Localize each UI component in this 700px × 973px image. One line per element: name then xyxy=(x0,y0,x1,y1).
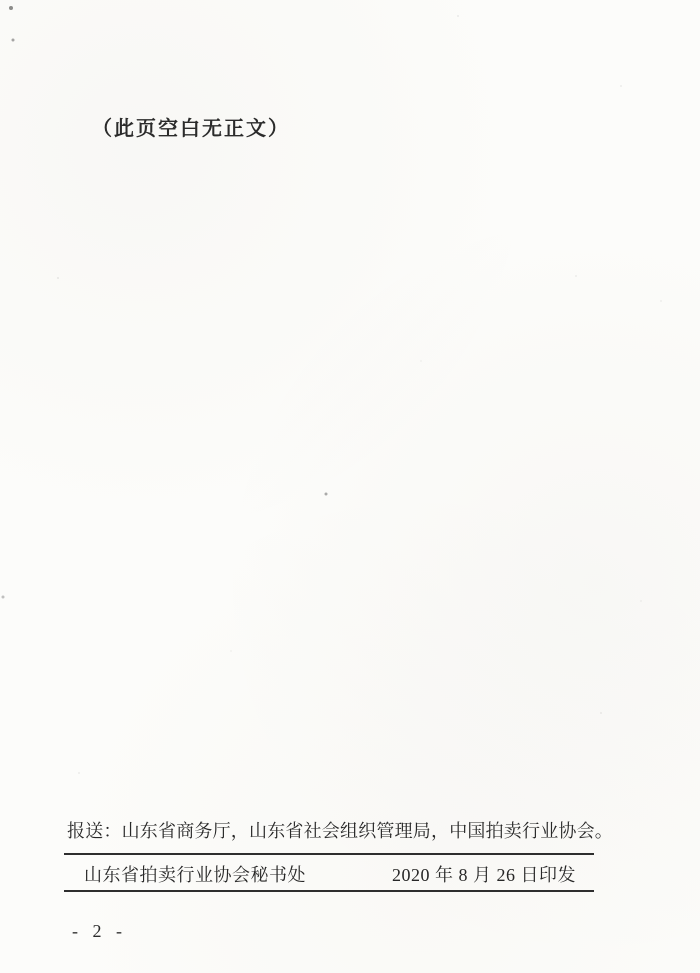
blank-page-notice: （此页空白无正文） xyxy=(92,112,290,141)
scan-speck-artifacts xyxy=(0,0,2,2)
footer-divider-bottom xyxy=(64,890,594,892)
issue-row: 山东省拍卖行业协会秘书处 2020 年 8 月 26 日印发 xyxy=(64,861,594,887)
distribution-line: 报送：山东省商务厅，山东省社会组织管理局，中国拍卖行业协会。 xyxy=(67,817,613,843)
page-number: - 2 - xyxy=(72,921,127,942)
footer-divider-top xyxy=(64,853,594,855)
issuer-name: 山东省拍卖行业协会秘书处 xyxy=(84,861,306,887)
document-page: （此页空白无正文） 报送：山东省商务厅，山东省社会组织管理局，中国拍卖行业协会。… xyxy=(0,0,700,973)
issue-date: 2020 年 8 月 26 日印发 xyxy=(392,861,576,887)
